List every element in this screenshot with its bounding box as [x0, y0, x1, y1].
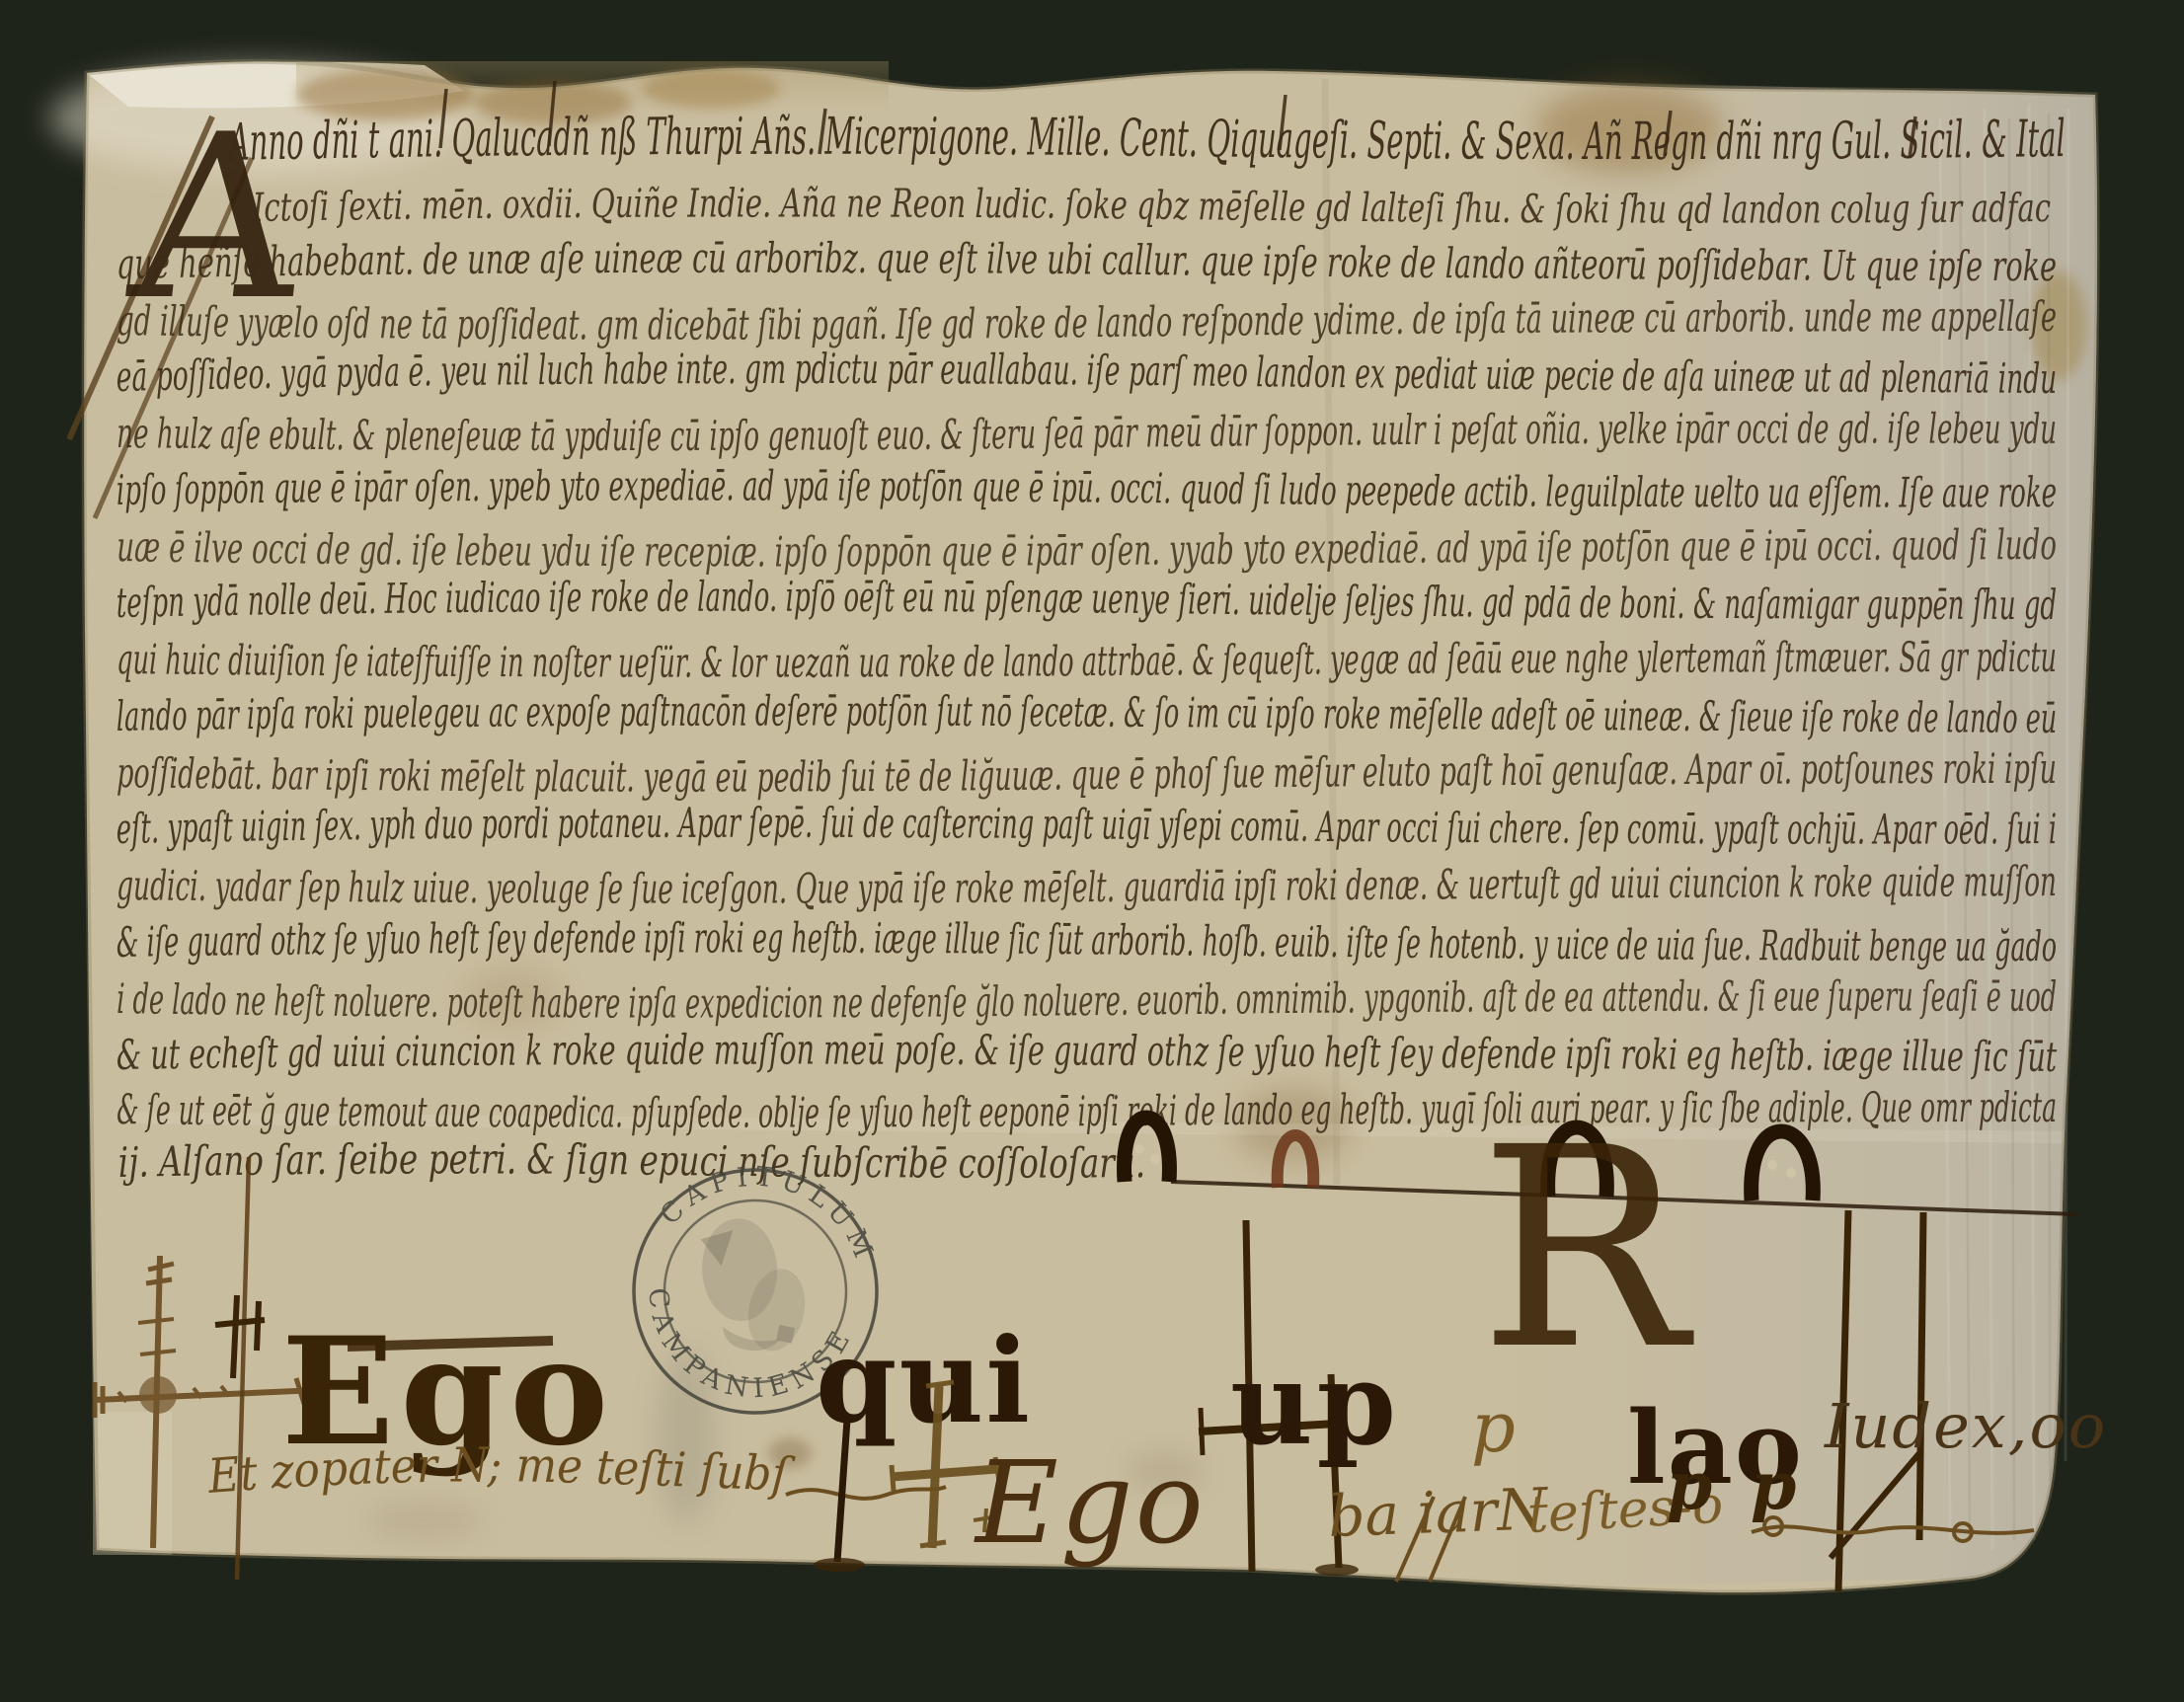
- script-line-text: que heñſe habebant. de unæ aſe uineæ cū …: [116, 234, 2057, 290]
- script-line-text: ij. Alſano ſar. ſeibe petri. & ſign epuc…: [117, 1134, 1145, 1187]
- gallows-vertical: [1919, 1212, 1923, 1540]
- script-line-text: & iſe guard othz ſe yſuo heſt ſey defend…: [116, 913, 2057, 970]
- photo-stage: A Anno dñi t ani. Qalucadñ nß Thurpi Añs…: [0, 0, 2184, 1702]
- stain: [365, 1501, 484, 1540]
- script-line: poſſidebāt. bar ipſi roki mēſelt placuit…: [117, 744, 2057, 802]
- script-line-text: gudici. yadar ſep hulz uiue. yeoluge ſe …: [117, 857, 2057, 913]
- script-line: que heñſe habebant. de unæ aſe uineæ cū …: [116, 234, 2057, 290]
- script-line: gd illuſe yyælo oſd ne tā poſſideat. gm …: [117, 292, 2057, 349]
- letter-counter: [1767, 1160, 1777, 1170]
- script-line-text: gd illuſe yyælo oſd ne tā poſſideat. gm …: [117, 292, 2057, 349]
- script-line-text: i de lado ne heſt noluere. poteſt habere…: [117, 971, 2057, 1027]
- script-line-text: Anno dñi t ani. Qalucadñ nß Thurpi Añs. …: [226, 108, 2066, 173]
- script-line: teſpn ydā nolle deū. Hoc iudicao iſe rok…: [116, 573, 2057, 629]
- script-line-text: teſpn ydā nolle deū. Hoc iudicao iſe rok…: [116, 573, 2057, 629]
- script-line-text: eſt. ypaſt uigin ſex. yph duo pordi pota…: [116, 799, 2057, 854]
- script-line-final: ij. Alſano ſar. ſeibe petri. & ſign epuc…: [117, 1134, 1145, 1187]
- script-line: qui huic diuiſion ſe iateſfuiſſe in noſt…: [117, 633, 2057, 687]
- script-line-text: uæ ē ilve occi de gd. iſe lebeu ydu iſe …: [117, 520, 2057, 576]
- descender-foot: [814, 1558, 865, 1572]
- script-line: gudici. yadar ſep hulz uiue. yeoluge ſe …: [117, 857, 2057, 913]
- script-line: eā poſſideo. ygā pyda ē. yeu nil luch ha…: [116, 345, 2057, 403]
- script-line-text: qui huic diuiſion ſe iateſfuiſſe in noſt…: [117, 633, 2057, 687]
- script-line: Anno dñi t ani. Qalucadñ nß Thurpi Añs. …: [226, 108, 2066, 173]
- script-line: ipſo ſoppōn que ē ipār oſen. ypeb yto ex…: [116, 461, 2057, 516]
- script-line: uæ ē ilve occi de gd. iſe lebeu ydu iſe …: [117, 520, 2057, 576]
- letter-counter: [1150, 1154, 1160, 1164]
- ego-crossbar: [348, 1341, 553, 1347]
- up-text: up: [1230, 1338, 1400, 1471]
- ego-second-text: Ego: [974, 1437, 1206, 1570]
- script-line-text: lando pār ipſa roki puelegeu ac expoſe p…: [116, 687, 2057, 742]
- script-line: & ut echeſt gd uiui ciuncion k roke quid…: [116, 1026, 2057, 1081]
- script-line-text: ipſo ſoppōn que ē ipār oſen. ypeb yto ex…: [116, 461, 2057, 516]
- script-line: eſt. ypaſt uigin ſex. yph duo pordi pota…: [116, 799, 2057, 854]
- manuscript-photo: A Anno dñi t ani. Qalucadñ nß Thurpi Añs…: [0, 0, 2184, 1702]
- gallows-serif: [1201, 1408, 1203, 1455]
- descender-foot: [1315, 1564, 1359, 1576]
- script-line-text: & ut echeſt gd uiui ciuncion k roke quid…: [116, 1026, 2057, 1081]
- script-line: lando pār ipſa roki puelegeu ac expoſe p…: [116, 687, 2057, 742]
- r-initial-text: R: [1479, 1089, 1695, 1411]
- script-line-text: poſſidebāt. bar ipſi roki mēſelt placuit…: [117, 744, 2057, 802]
- script-line: i de lado ne heſt noluere. poteſt habere…: [117, 971, 2057, 1027]
- letter-counter: [1134, 1144, 1144, 1154]
- script-line-text: eā poſſideo. ygā pyda ē. yeu nil luch ha…: [116, 345, 2057, 403]
- ba-iar-text: ba iarN: [1327, 1475, 1550, 1550]
- script-line: & iſe guard othz ſe yſuo heſt ſey defend…: [116, 913, 2057, 970]
- script-line-text: ne hulz aſe ebult. & pleneſeuæ tā ypduiſ…: [117, 404, 2057, 460]
- script-line: ne hulz aſe ebult. & pleneſeuæ tā ypduiſ…: [117, 404, 2057, 460]
- pp-text: p p: [1667, 1447, 1804, 1524]
- iudex-text: Iudex,oo: [1824, 1390, 2107, 1462]
- fold-strip: [93, 1412, 172, 1555]
- letter-counter: [1786, 1168, 1796, 1178]
